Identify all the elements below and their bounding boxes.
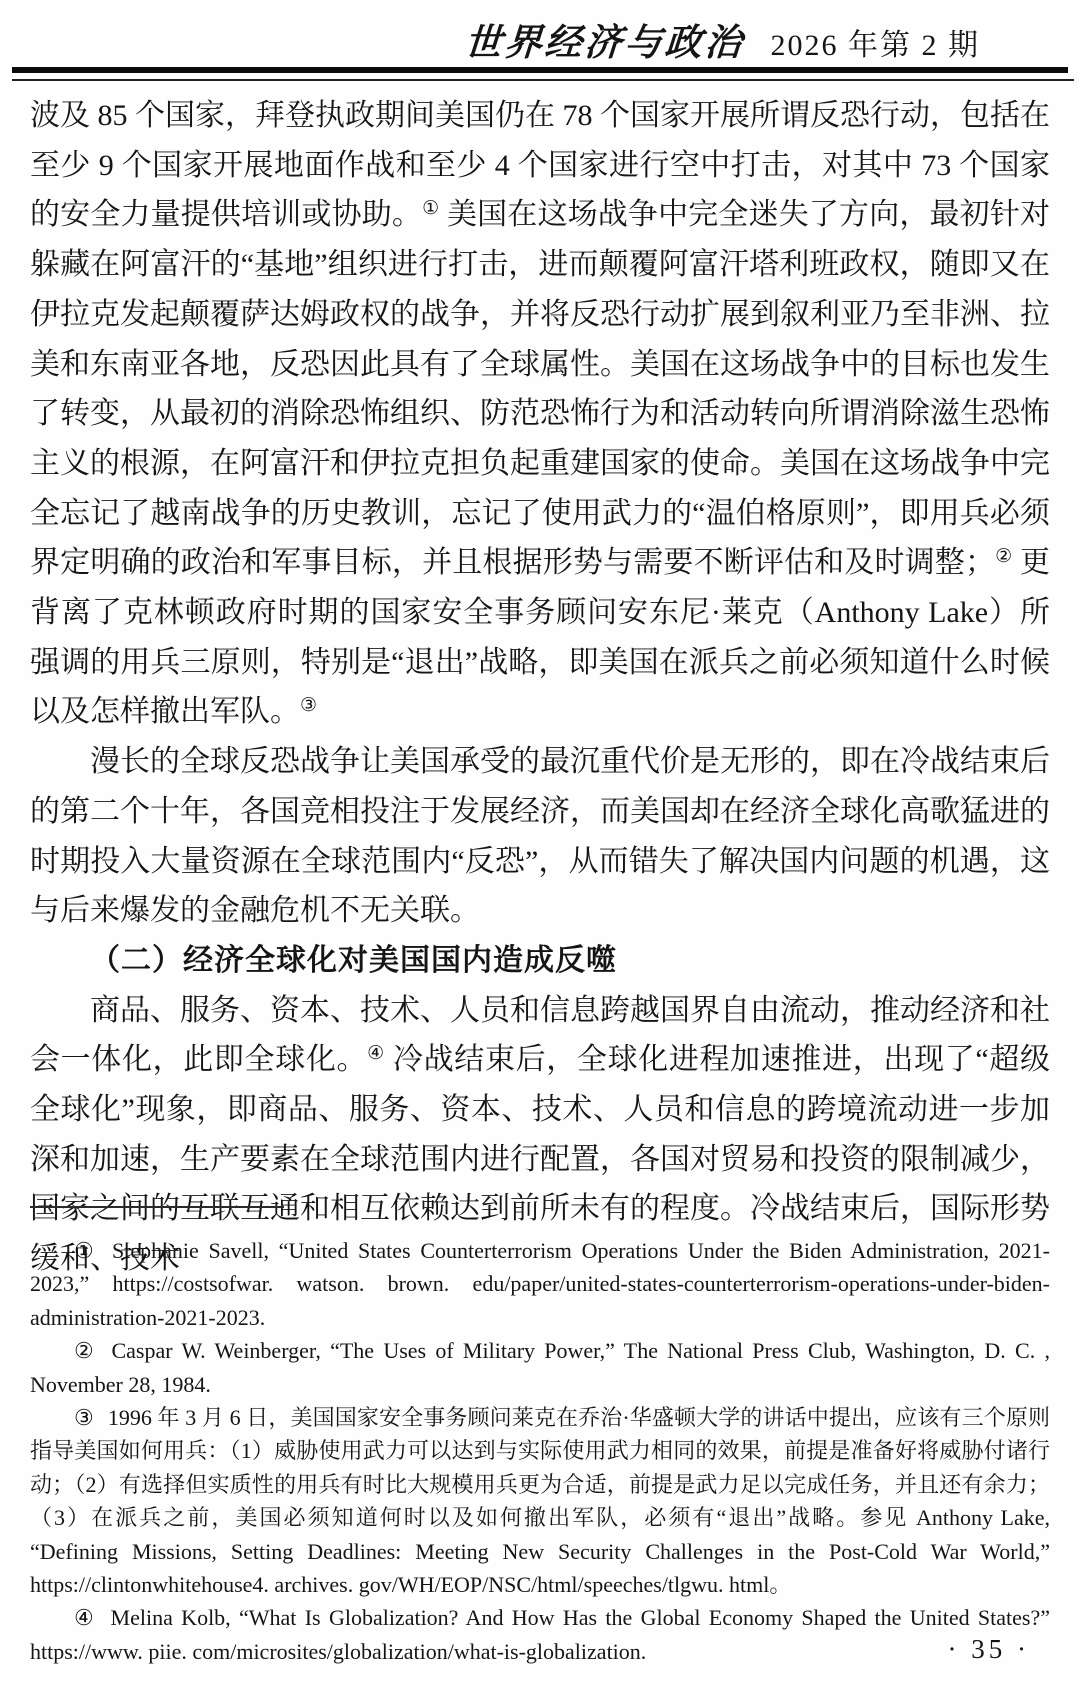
paragraph-counterterrorism-war: 波及 85 个国家，拜登执政期间美国仍在 78 个国家开展所谓反恐行动，包括在至… xyxy=(30,91,1050,737)
footnote-item-2: ②Caspar W. Weinberger, “The Uses of Mili… xyxy=(30,1334,1050,1401)
footnote-ref-2: ② xyxy=(995,546,1012,567)
footnote-marker: ① xyxy=(74,1238,98,1263)
page-number: · 35 · xyxy=(948,1634,1030,1665)
footnote-marker: ④ xyxy=(74,1605,97,1630)
footnote-text: 1996 年 3 月 6 日，美国国家安全事务顾问莱克在乔治·华盛顿大学的讲话中… xyxy=(30,1405,1050,1597)
footnote-ref-1: ① xyxy=(422,198,439,219)
journal-title-calligraphy: 世界经济与政治 xyxy=(463,12,747,66)
journal-page: 世界经济与政治 2026 年第 2 期 波及 85 个国家，拜登执政期间美国仍在… xyxy=(0,0,1080,1689)
footnote-area: ①Stephanie Savell, “United States Counte… xyxy=(30,1206,1050,1668)
footnote-item-3: ③1996 年 3 月 6 日，美国国家安全事务顾问莱克在乔治·华盛顿大学的讲话… xyxy=(30,1401,1050,1601)
footnote-text: Stephanie Savell, “United States Counter… xyxy=(30,1238,1050,1330)
footnote-marker: ② xyxy=(74,1338,97,1363)
footnote-separator xyxy=(30,1206,284,1208)
footnote-ref-3: ③ xyxy=(300,695,317,716)
journal-header: 世界经济与政治 2026 年第 2 期 xyxy=(465,12,981,66)
header-rule-thick xyxy=(12,67,1068,73)
article-body: 波及 85 个国家，拜登执政期间美国仍在 78 个国家开展所谓反恐行动，包括在至… xyxy=(30,91,1050,1284)
paragraph-invisible-cost: 漫长的全球反恐战争让美国承受的最沉重代价是无形的，即在冷战结束后的第二个十年，各… xyxy=(30,737,1050,936)
footnote-item-4: ④Melina Kolb, “What Is Globalization? An… xyxy=(30,1601,1050,1668)
paragraph-text: 美国在这场战争中完全迷失了方向，最初针对躲藏在阿富汗的“基地”组织进行打击，进而… xyxy=(30,198,1050,579)
footnote-item-1: ①Stephanie Savell, “United States Counte… xyxy=(30,1234,1050,1334)
footnote-marker: ③ xyxy=(74,1405,94,1430)
footnote-text: Caspar W. Weinberger, “The Uses of Milit… xyxy=(30,1338,1050,1396)
footnote-ref-4: ④ xyxy=(367,1043,385,1064)
section-heading: （二）经济全球化对美国国内造成反噬 xyxy=(30,936,1050,986)
header-rule-thin xyxy=(12,79,1074,81)
footnote-text: Melina Kolb, “What Is Globalization? And… xyxy=(30,1605,1050,1663)
issue-label: 2026 年第 2 期 xyxy=(771,20,981,64)
